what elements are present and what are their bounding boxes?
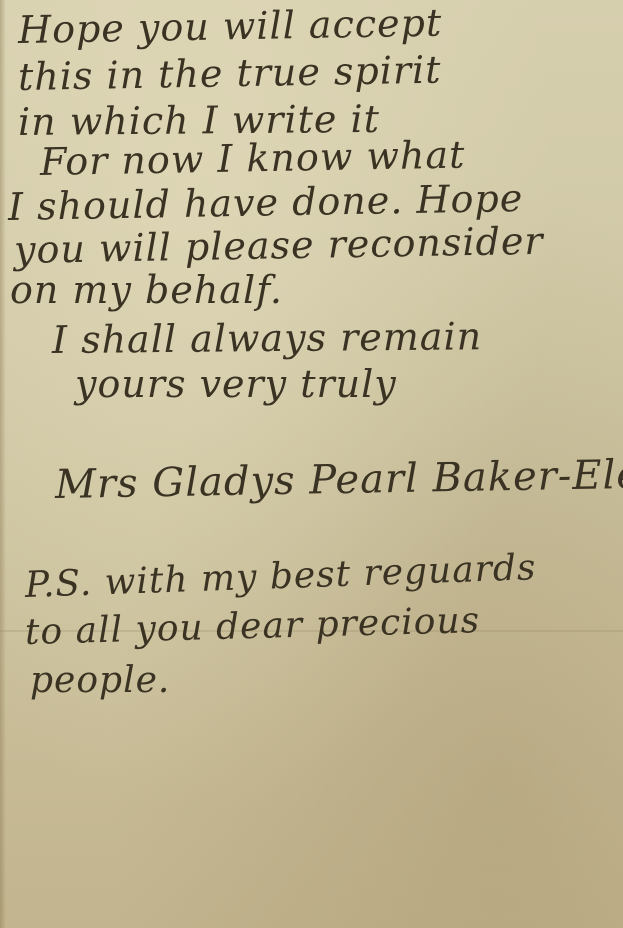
letter-line-1: Hope you will accept [18, 1, 443, 52]
closing-line-1: I shall always remain [52, 314, 482, 362]
postscript-line-1: P.S. with my best reguards [24, 547, 537, 606]
signature: Mrs Gladys Pearl Baker-Eley [55, 451, 623, 508]
letter-line-6: you will please reconsider [14, 219, 544, 272]
postscript-line-3: people. [30, 660, 170, 701]
letter-line-4: For now I know what [40, 133, 466, 184]
postscript-line-2: to all you dear precious [24, 600, 480, 653]
letter-line-7: on my behalf. [10, 268, 283, 312]
closing-line-2: yours very truly [75, 362, 397, 406]
letter-line-2: this in the true spirit [18, 48, 442, 99]
letter-page: Hope you will accept this in the true sp… [0, 0, 623, 928]
